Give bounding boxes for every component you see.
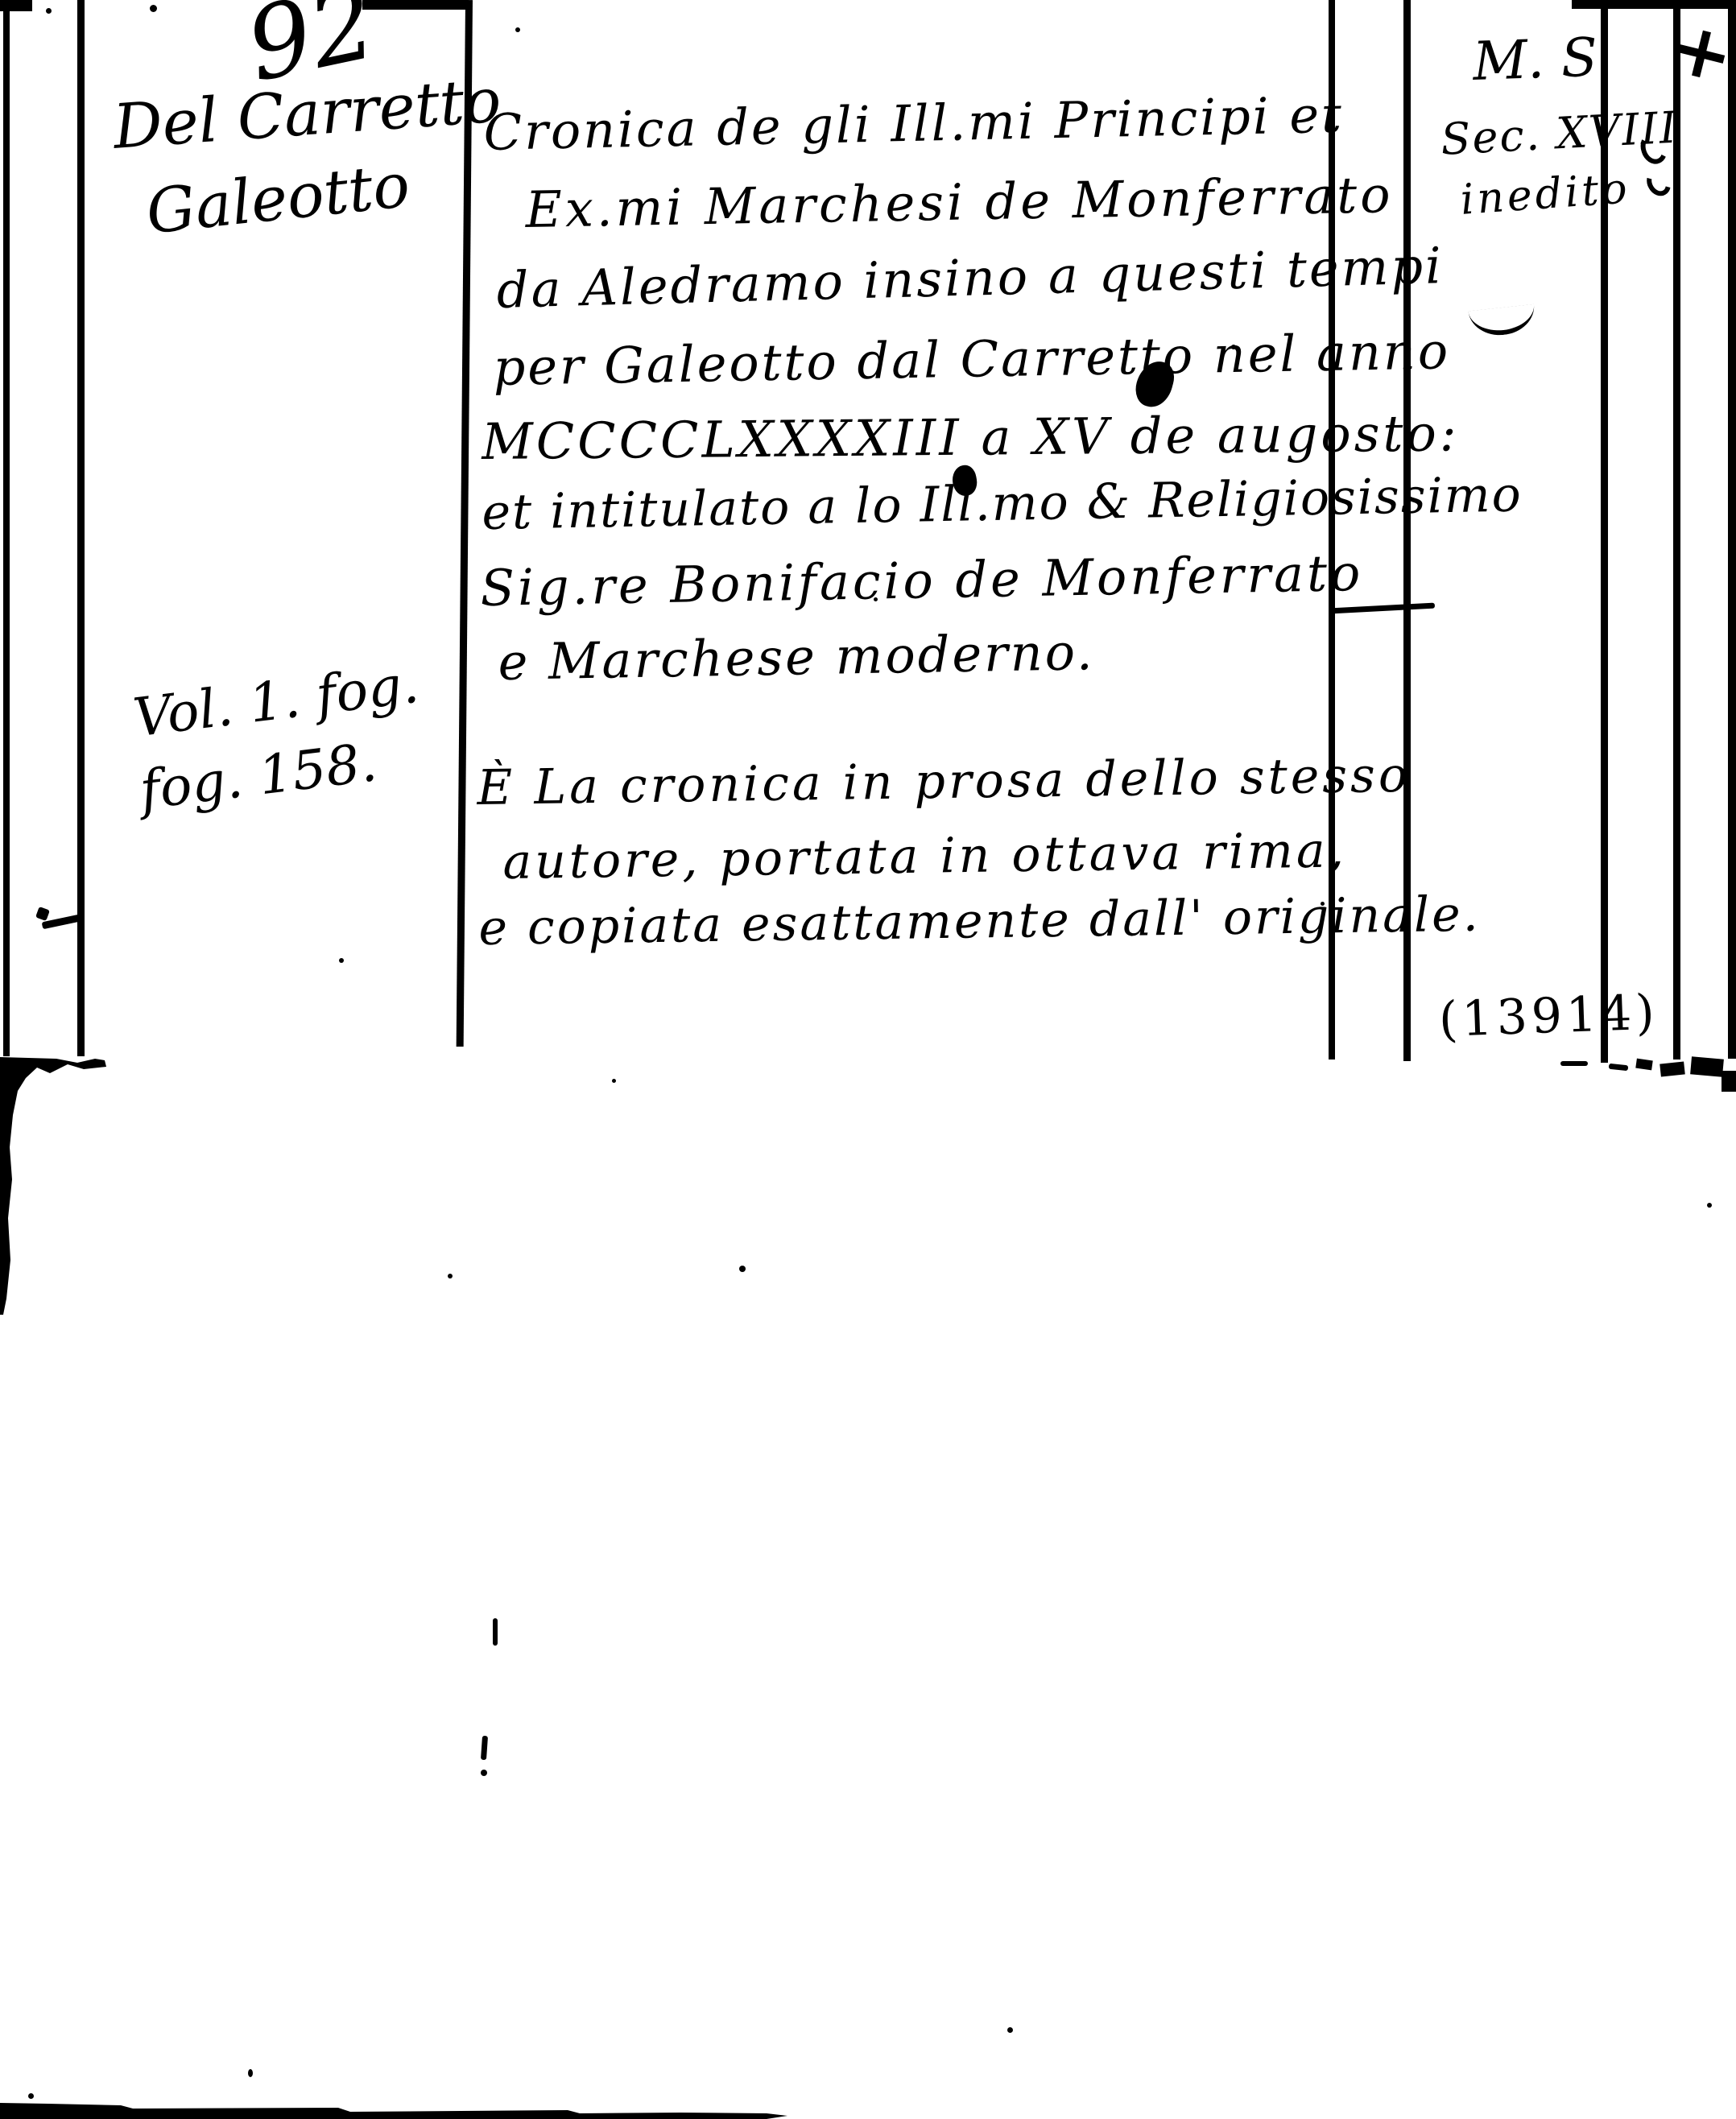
ink-speck [248,2069,253,2077]
pen-squiggle-right-2 [1642,165,1675,200]
note-line: È La cronica in prosa dello stesso [477,750,1411,814]
scan-artifact-right-speck-3 [1690,1056,1724,1076]
title-line: Sig.re Bonifacio de Monferrato [480,547,1364,614]
ink-speck [1707,1203,1712,1208]
rule-ms-right-2 [1673,0,1680,1059]
rule-ms-right-1 [1601,0,1608,1063]
rule-page-right-edge [1728,0,1736,1059]
shelf-number: (13914) [1438,987,1660,1045]
ink-speck [1231,345,1236,349]
title-line: Cronica de gli Ill.mi Principi et [483,89,1345,159]
pen-swash-after-tempi [1468,304,1536,338]
ink-speck [339,958,344,963]
scan-artifact-bottom-strip [0,2096,797,2119]
scan-artifact-right-speck-2 [1660,1061,1685,1076]
ink-speck [1321,902,1325,906]
ink-speck [1007,2027,1013,2033]
scan-artifact-torn-corner-left [0,1057,113,1315]
scan-artifact-right-speck-1 [1635,1059,1652,1071]
title-line: Ex.mi Marchesi de Monferrato [525,168,1394,236]
scan-artifact-top-left-corner [0,0,32,11]
ink-speck [739,1266,746,1272]
scan-artifact-top-bar-center [362,0,469,10]
rule-author-divider [457,0,473,1047]
scan-artifact-right-dash-2 [1609,1064,1629,1071]
note-line: autore, portata in ottava rima, [502,825,1347,888]
pen-hook-left-margin-head [35,907,50,921]
title-line: da Aledramo insino a questi tempi [496,239,1445,316]
stray-mark-vertical-2 [481,1736,488,1760]
ink-speck [28,2093,34,2099]
ink-speck [612,1079,616,1083]
ink-speck [150,5,157,12]
ink-speck [874,597,878,601]
title-line: MCCCCLXXXXIII a XV de augosto: [482,407,1460,468]
rule-left-margin [77,0,85,1056]
volume-ref-line2: fog. 158. [137,734,380,819]
title-line: per Galeotto dal Carretto nel anno [493,324,1451,394]
rule-left-edge [3,0,10,1056]
title-line: et intitulato a lo Ill.mo & Religiosissi… [482,469,1523,539]
ms-inedito: inedito [1459,167,1631,222]
volume-ref-line1: Vol. 1. fog. [130,656,422,746]
ms-label: M. S. [1472,29,1614,89]
note-line: e copiata esattamente dall' originale. [478,890,1481,954]
title-line: e Marchese moderno. [498,626,1095,688]
stray-mark-dot [481,1770,487,1776]
stray-mark-vertical-1 [493,1618,498,1646]
pen-dash-after-monferrato [1330,603,1435,614]
author-name-line2: Galeotto [143,153,412,245]
scan-artifact-top-bar-right [1572,0,1736,9]
scan-artifact-right-dash-1 [1560,1061,1588,1066]
author-name-line1: Del Carretto [111,68,503,159]
ink-speck [46,8,52,14]
catalog-card-scan: 92 + Del Carretto Galeotto Vol. 1. fog. … [0,0,1736,2119]
scan-artifact-right-speck-4 [1722,1071,1736,1092]
ink-speck [515,27,520,32]
ink-speck [448,1274,453,1278]
